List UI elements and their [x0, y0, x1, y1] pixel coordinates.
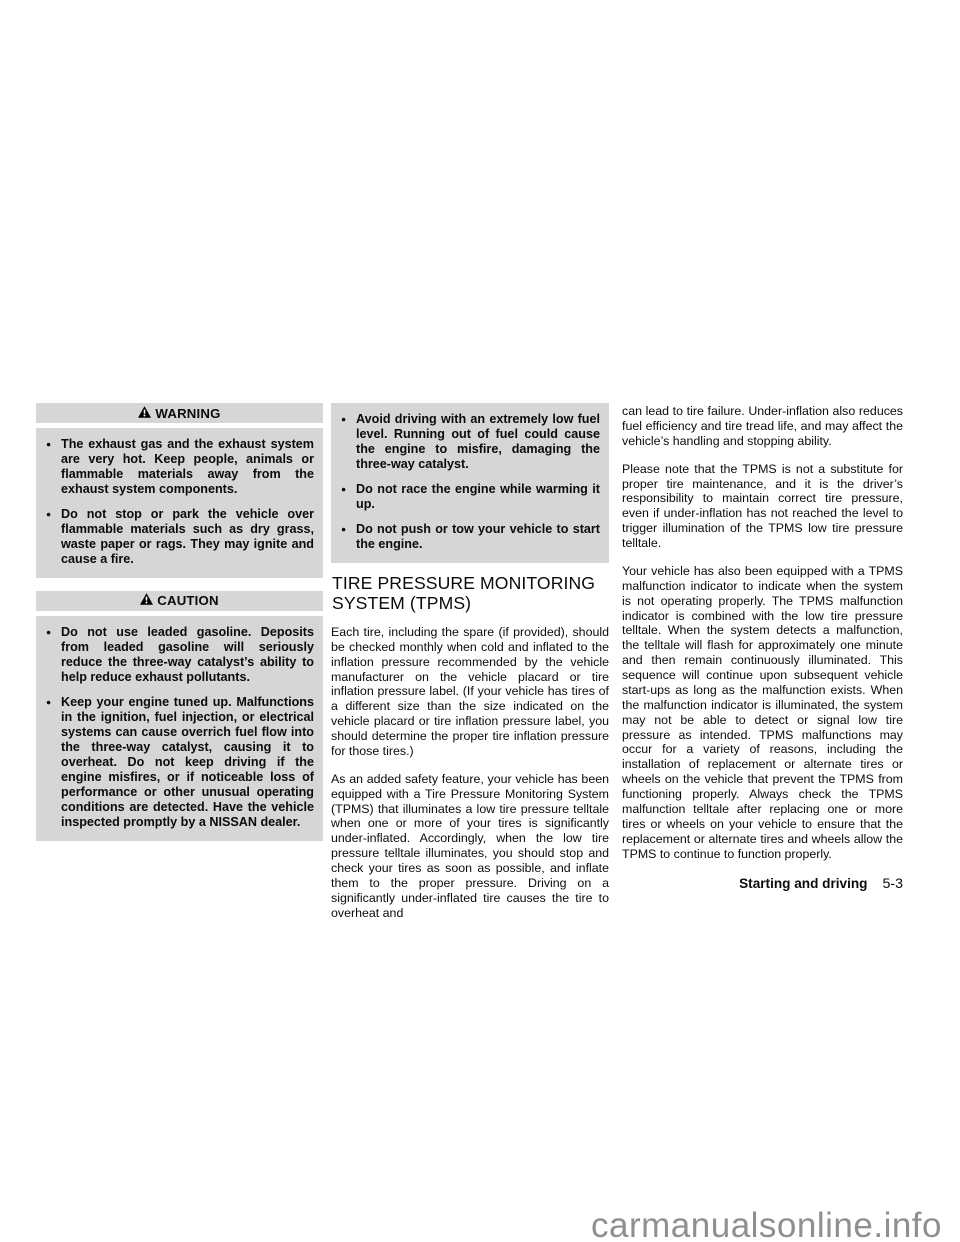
bullet-marker-icon: ● — [339, 522, 356, 552]
watermark-text: carmanualsonline.info — [591, 1206, 942, 1242]
caution-box: CAUTION ● Do not use leaded gasoline. De… — [36, 591, 323, 841]
bullet-text: Keep your engine tuned up. Malfunctions … — [61, 695, 314, 830]
warning-continuation-bullet-list: ● Avoid driving with an extremely low fu… — [339, 412, 600, 552]
bullet-marker-icon: ● — [44, 625, 61, 685]
bullet-marker-icon: ● — [44, 695, 61, 830]
body-paragraph: Your vehicle has also been equipped with… — [622, 564, 903, 862]
warning-box: WARNING ● The exhaust gas and the exhaus… — [36, 403, 323, 578]
bullet-item: ● Do not stop or park the vehicle over f… — [44, 507, 314, 567]
footer-section-label: Starting and driving — [739, 876, 867, 891]
bullet-item: ● Do not push or tow your vehicle to sta… — [339, 522, 600, 552]
bullet-item: ● Keep your engine tuned up. Malfunction… — [44, 695, 314, 830]
bullet-text: Do not stop or park the vehicle over fla… — [61, 507, 314, 567]
bullet-text: The exhaust gas and the exhaust system a… — [61, 437, 314, 497]
caution-title: CAUTION — [157, 593, 218, 608]
tpms-paragraphs-middle: Each tire, including the spare (if provi… — [331, 625, 609, 921]
bullet-marker-icon: ● — [339, 482, 356, 512]
warning-header-band: WARNING — [36, 403, 323, 423]
bullet-text: Do not race the engine while warming it … — [356, 482, 600, 512]
right-column: can lead to tire failure. Under-inflatio… — [622, 404, 903, 874]
bullet-text: Do not push or tow your vehicle to start… — [356, 522, 600, 552]
warning-continuation-box: ● Avoid driving with an extremely low fu… — [331, 403, 609, 563]
left-column: WARNING ● The exhaust gas and the exhaus… — [36, 403, 323, 841]
bullet-item: ● Avoid driving with an extremely low fu… — [339, 412, 600, 472]
tpms-paragraphs-right: can lead to tire failure. Under-inflatio… — [622, 404, 903, 861]
bullet-item: ● Do not use leaded gasoline. Deposits f… — [44, 625, 314, 685]
middle-column: ● Avoid driving with an extremely low fu… — [331, 403, 609, 934]
bullet-marker-icon: ● — [44, 437, 61, 497]
bullet-item: ● Do not race the engine while warming i… — [339, 482, 600, 512]
body-paragraph: Each tire, including the spare (if provi… — [331, 625, 609, 759]
bullet-item: ● The exhaust gas and the exhaust system… — [44, 437, 314, 497]
warning-title: WARNING — [155, 406, 220, 421]
bullet-marker-icon: ● — [44, 507, 61, 567]
warning-bullet-list: ● The exhaust gas and the exhaust system… — [44, 437, 314, 567]
page-footer: Starting and driving5-3 — [622, 876, 903, 892]
warning-triangle-icon — [140, 593, 153, 608]
caution-bullet-list: ● Do not use leaded gasoline. Deposits f… — [44, 625, 314, 830]
body-paragraph: can lead to tire failure. Under-inflatio… — [622, 404, 903, 449]
body-paragraph: Please note that the TPMS is not a subst… — [622, 462, 903, 551]
footer-page-number: 5-3 — [882, 876, 903, 892]
bullet-text: Do not use leaded gasoline. Deposits fro… — [61, 625, 314, 685]
caution-body: ● Do not use leaded gasoline. Deposits f… — [36, 616, 323, 841]
caution-header-band: CAUTION — [36, 591, 323, 611]
tpms-section-heading: TIRE PRESSURE MONITORING SYSTEM (TPMS) — [332, 573, 609, 613]
body-paragraph: As an added safety feature, your vehicle… — [331, 772, 609, 921]
bullet-marker-icon: ● — [339, 412, 356, 472]
warning-triangle-icon — [138, 406, 151, 421]
warning-body: ● The exhaust gas and the exhaust system… — [36, 428, 323, 578]
bullet-text: Avoid driving with an extremely low fuel… — [356, 412, 600, 472]
